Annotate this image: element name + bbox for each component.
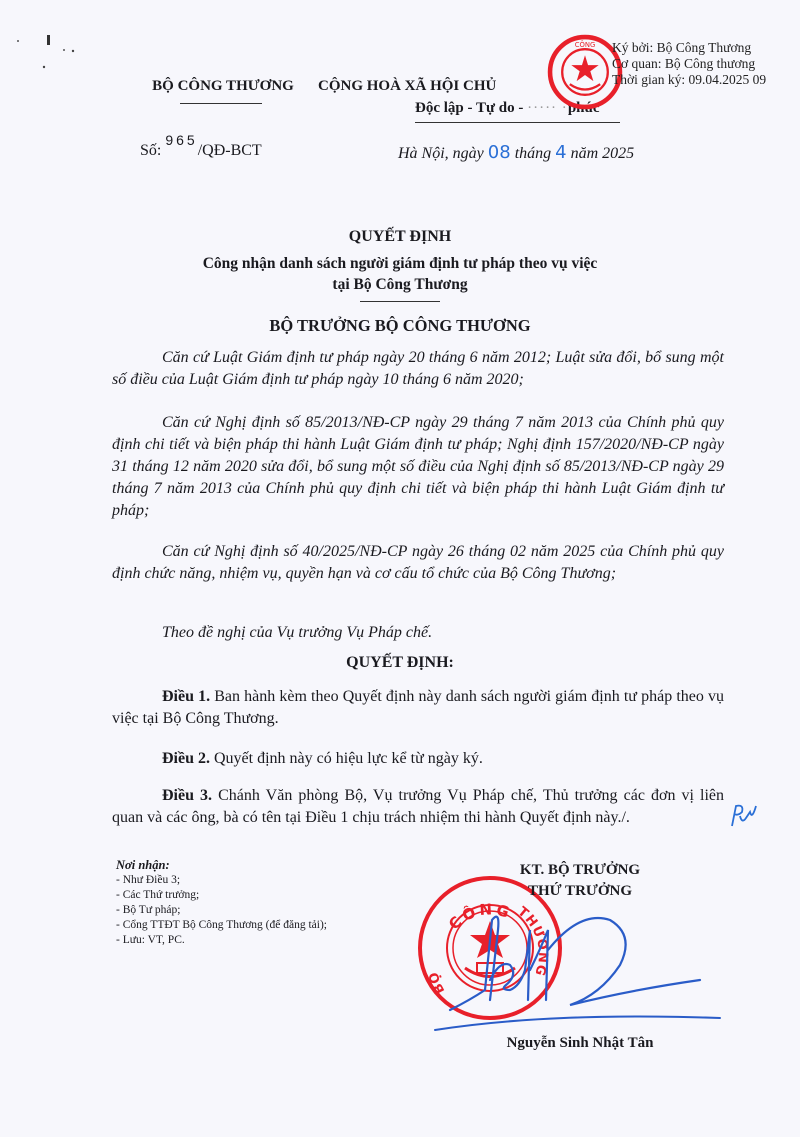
motto-underline <box>415 122 620 123</box>
article-2: Điều 2. Quyết định này có hiệu lực kể từ… <box>112 748 724 770</box>
preamble-paragraph: Theo đề nghị của Vụ trưởng Vụ Pháp chế. <box>112 622 724 644</box>
recipient-item: - Bộ Tư pháp; <box>116 903 327 918</box>
digital-signature-info: Ký bởi: Bộ Công Thương Cơ quan: Bộ Công … <box>612 40 800 88</box>
signer-name: Nguyễn Sinh Nhật Tân <box>460 1035 700 1052</box>
recipient-item: - Như Điều 3; <box>116 873 327 888</box>
scan-specks <box>0 0 120 70</box>
preamble-paragraph: Căn cứ Luật Giám định tư pháp ngày 20 th… <box>112 347 724 391</box>
article-3: Điều 3. Chánh Văn phòng Bộ, Vụ trưởng Vụ… <box>112 785 724 829</box>
recipient-item: - Lưu: VT, PC. <box>116 933 327 948</box>
place-and-date: Hà Nội, ngày 08 tháng 4 năm 2025 <box>398 142 634 163</box>
document-subtitle: Công nhận danh sách người giám định tư p… <box>0 253 800 295</box>
recipient-item: - Cổng TTĐT Bộ Công Thương (để đăng tải)… <box>116 918 327 933</box>
handwritten-month: 4 <box>555 142 566 163</box>
document-page: BỘ CÔNG THƯƠNG CỘNG HOÀ XÃ HỘI CHỦ Độc l… <box>0 0 800 1137</box>
document-number: Số: 965/QĐ-BCT <box>140 142 262 160</box>
article-1: Điều 1. Ban hành kèm theo Quyết định này… <box>112 686 724 730</box>
handwritten-signature <box>430 890 730 1040</box>
document-title: QUYẾT ĐỊNH <box>0 228 800 246</box>
handwritten-number: 965 <box>165 132 197 148</box>
preamble-paragraph: Căn cứ Nghị định số 40/2025/NĐ-CP ngày 2… <box>112 541 724 585</box>
issuing-authority: BỘ TRƯỞNG BỘ CÔNG THƯƠNG <box>0 316 800 336</box>
issuing-organization: BỘ CÔNG THƯƠNG <box>128 78 318 95</box>
decision-heading: QUYẾT ĐỊNH: <box>0 654 800 672</box>
subtitle-underline <box>360 301 440 302</box>
svg-text:CÔNG: CÔNG <box>575 40 596 49</box>
preamble-paragraph: Căn cứ Nghị định số 85/2013/NĐ-CP ngày 2… <box>112 412 724 522</box>
handwritten-initials <box>728 802 758 828</box>
recipient-item: - Các Thứ trưởng; <box>116 888 327 903</box>
org-underline <box>180 103 262 104</box>
recipients-list: Nơi nhận: - Như Điều 3; - Các Thứ trưởng… <box>116 858 327 948</box>
handwritten-day: 08 <box>488 142 511 163</box>
